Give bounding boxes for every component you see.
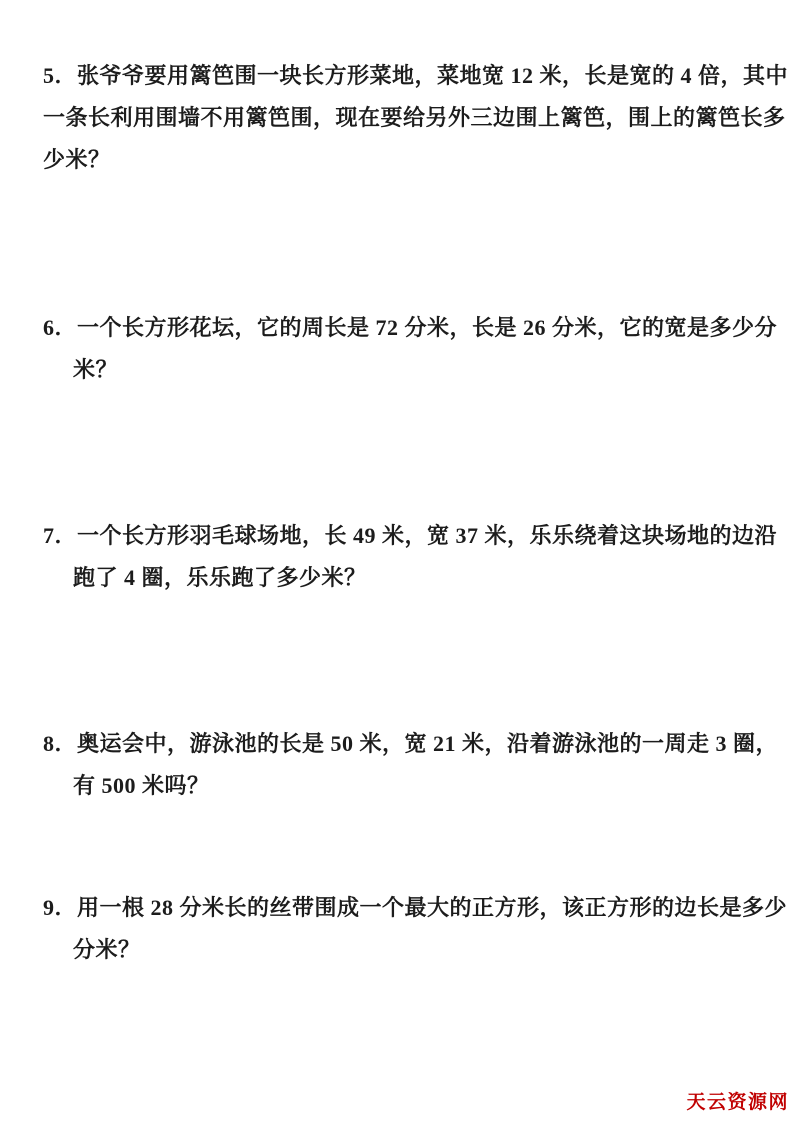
problem-6: 6．一个长方形花坛，它的周长是 72 分米，长是 26 分米，它的宽是多少分 米…	[43, 307, 755, 391]
problem-7: 7．一个长方形羽毛球场地，长 49 米，宽 37 米，乐乐绕着这块场地的边沿 跑…	[43, 515, 755, 599]
problem-5-line-1: 5．张爷爷要用篱笆围一块长方形菜地，菜地宽 12 米，长是宽的 4 倍，其中	[43, 55, 755, 97]
problem-9: 9．用一根 28 分米长的丝带围成一个最大的正方形，该正方形的边长是多少 分米？	[43, 887, 755, 971]
problem-5-line-2: 一条长利用围墙不用篱笆围，现在要给另外三边围上篱笆，围上的篱笆长多	[43, 97, 755, 139]
worksheet-page: 5．张爷爷要用篱笆围一块长方形菜地，菜地宽 12 米，长是宽的 4 倍，其中 一…	[0, 0, 793, 1122]
problem-6-line-1: 6．一个长方形花坛，它的周长是 72 分米，长是 26 分米，它的宽是多少分	[43, 307, 755, 349]
problem-5: 5．张爷爷要用篱笆围一块长方形菜地，菜地宽 12 米，长是宽的 4 倍，其中 一…	[43, 55, 755, 181]
problem-7-line-1: 7．一个长方形羽毛球场地，长 49 米，宽 37 米，乐乐绕着这块场地的边沿	[43, 515, 755, 557]
problem-5-line-3: 少米？	[43, 139, 755, 181]
problem-7-line-2: 跑了 4 圈，乐乐跑了多少米？	[43, 557, 755, 599]
problem-9-line-1: 9．用一根 28 分米长的丝带围成一个最大的正方形，该正方形的边长是多少	[43, 887, 755, 929]
problem-9-line-2: 分米？	[43, 929, 755, 971]
problem-8: 8．奥运会中，游泳池的长是 50 米，宽 21 米，沿着游泳池的一周走 3 圈，…	[43, 723, 755, 807]
problem-8-line-1: 8．奥运会中，游泳池的长是 50 米，宽 21 米，沿着游泳池的一周走 3 圈，	[43, 723, 755, 765]
problem-6-line-2: 米？	[43, 349, 755, 391]
problem-8-line-2: 有 500 米吗？	[43, 765, 755, 807]
watermark: 天云资源网	[686, 1087, 789, 1114]
